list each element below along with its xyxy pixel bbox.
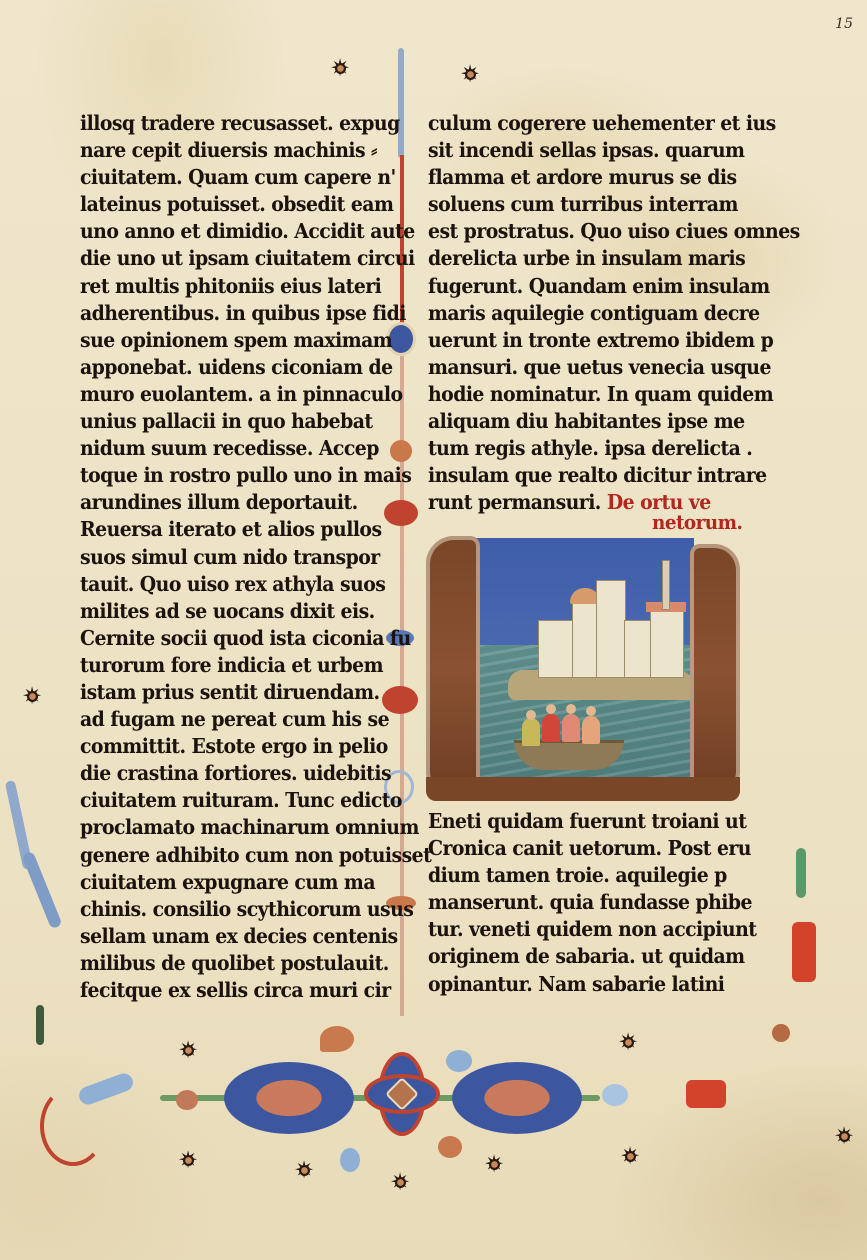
text-line: insulam que realto dicitur intrare — [428, 462, 722, 489]
text-line: proclamato machinarum omnium — [80, 814, 356, 841]
star-ornament-icon — [458, 62, 482, 86]
text-line: manserunt. quia fundasse phibe — [428, 889, 722, 916]
castle — [538, 580, 688, 680]
text-line: chinis. consilio scythicorum usus — [80, 896, 356, 923]
star-ornament-icon — [176, 1148, 200, 1172]
text-line: sellam unam ex decies centenis — [80, 923, 356, 950]
text-line: Reuersa iterato et alios pullos — [80, 516, 356, 543]
figure-4 — [582, 716, 600, 744]
text-line: hodie nominatur. In quam quidem — [428, 381, 722, 408]
text-line: maris aquilegie contiguam decre — [428, 300, 722, 327]
text-line: tum regis athyle. ipsa derelicta . — [428, 435, 722, 462]
text-line: ret multis phitoniis eius lateri — [80, 273, 356, 300]
text-line: ciuitatem expugnare cum ma — [80, 869, 356, 896]
flower-ornament-icon — [792, 922, 816, 982]
blue-flower-ornament — [602, 1084, 628, 1106]
text-line: tur. veneti quidem non accipiunt — [428, 916, 722, 943]
left-text-column: illosq tradere recusasset. expug nare ce… — [80, 110, 380, 1004]
star-ornament-icon — [616, 1030, 640, 1054]
text-line: tauit. Quo uiso rex athyla suos — [80, 571, 356, 598]
text-line: Eneti quidam fuerunt troiani ut — [428, 808, 722, 835]
star-ornament-icon — [832, 1124, 856, 1148]
text-line: istam prius sentit diruendam. — [80, 679, 356, 706]
pendant-ornament — [340, 1148, 360, 1172]
head — [586, 706, 596, 716]
text-line: culum cogerere uehementer et ius — [428, 110, 722, 137]
text-line: originem de sabaria. ut quidam — [428, 943, 722, 970]
text-line: adherentibus. in quibus ipse fidi — [80, 300, 356, 327]
text-line: Cernite socii quod ista ciconia fu — [80, 625, 356, 652]
text-line: milites ad se uocans dixit eis. — [80, 598, 356, 625]
pendant-ornament — [320, 1026, 354, 1052]
star-ornament-icon — [292, 1158, 316, 1182]
text-line: soluens cum turribus interram — [428, 191, 722, 218]
text-line: sit incendi sellas ipsas. quarum — [428, 137, 722, 164]
text-line: nidum suum recedisse. Accep — [80, 435, 356, 462]
star-ornament-icon — [388, 1170, 412, 1194]
text-line: flamma et ardore murus se dis — [428, 164, 722, 191]
text-line: turorum fore indicia et urbem — [80, 652, 356, 679]
right-text-column-top: culum cogerere uehementer et ius sit inc… — [428, 110, 748, 516]
text-line: ad fugam ne pereat cum his se — [80, 706, 356, 733]
red-bud-ornament — [176, 1090, 198, 1110]
text-line: dium tamen troie. aquilegie p — [428, 862, 722, 889]
pendant-ornament — [438, 1136, 462, 1158]
star-ornament-icon — [20, 684, 44, 708]
foliate-knot-icon — [384, 500, 418, 526]
blue-leaf-ornament — [77, 1071, 136, 1107]
red-flower-ornament — [686, 1080, 726, 1108]
text-line: fugerunt. Quandam enim insulam — [428, 273, 722, 300]
initial-frame-left — [426, 536, 480, 801]
marginal-bar-blue — [398, 48, 404, 158]
manuscript-page: 15 illosq tradere recusasset. expug nare… — [0, 0, 867, 1260]
figure-1 — [522, 718, 540, 746]
illuminated-initial — [418, 520, 748, 805]
figure-3 — [562, 714, 580, 742]
feather-ornament-icon — [21, 851, 62, 930]
text-fragment: runt permansuri. — [428, 490, 601, 514]
star-ornament-icon — [176, 1038, 200, 1062]
star-ornament-icon — [482, 1152, 506, 1176]
text-line: committit. Estote ergo in pelio — [80, 733, 356, 760]
text-line: suos simul cum nido transpor — [80, 544, 356, 571]
initial-frame-bottom — [426, 777, 740, 801]
footer-left-lobe — [224, 1062, 354, 1134]
text-line: lateinus potuisset. obsedit eam — [80, 191, 356, 218]
initial-frame-right — [690, 544, 740, 801]
leaf-ornament-icon — [36, 1005, 44, 1045]
text-line: genere adhibito cum non potuisset — [80, 842, 356, 869]
text-line: ciuitatem ruituram. Tunc edicto — [80, 787, 356, 814]
text-line: toque in rostro pullo uno in mais — [80, 462, 356, 489]
text-line: ciuitatem. Quam cum capere n' — [80, 164, 356, 191]
text-line: fecitque ex sellis circa muri cir — [80, 977, 356, 1004]
head — [526, 710, 536, 720]
pendant-ornament — [446, 1050, 472, 1072]
text-line: muro euolantem. a in pinnaculo — [80, 381, 356, 408]
text-line: uno anno et dimidio. Accidit aute — [80, 218, 356, 245]
text-line: derelicta urbe in insulam maris — [428, 245, 722, 272]
text-line: die uno ut ipsam ciuitatem circui — [80, 245, 356, 272]
text-line: unius pallacii in quo habebat — [80, 408, 356, 435]
text-line: arundines illum deportauit. — [80, 489, 356, 516]
bud-ornament-icon — [772, 1024, 790, 1042]
text-line: est prostratus. Quo uiso ciues omnes — [428, 218, 722, 245]
head — [546, 704, 556, 714]
footer-medallion — [364, 1042, 440, 1146]
text-line: aliquam diu habitantes ipse me — [428, 408, 722, 435]
right-text-column-bottom: Eneti quidam fuerunt troiani ut Cronica … — [428, 808, 748, 998]
text-line: milibus de quolibet postulauit. — [80, 950, 356, 977]
head — [566, 704, 576, 714]
text-line: die crastina fortiores. uidebitis — [80, 760, 356, 787]
text-line: apponebat. uidens ciconiam de — [80, 354, 356, 381]
text-line: opinantur. Nam sabarie latini — [428, 971, 722, 998]
text-line: sue opinionem spem maximam — [80, 327, 356, 354]
text-line: uerunt in tronte extremo ibidem p — [428, 327, 722, 354]
star-ornament-icon — [618, 1144, 642, 1168]
figure-2 — [542, 714, 560, 742]
text-line: nare cepit diuersis machinis ⸗ — [80, 137, 356, 164]
foliate-knot-icon — [390, 440, 412, 462]
text-line: Cronica canit uetorum. Post eru — [428, 835, 722, 862]
folio-mark: 15 — [835, 16, 853, 32]
text-line: illosq tradere recusasset. expug — [80, 110, 356, 137]
footer-right-lobe — [452, 1062, 582, 1134]
star-ornament-icon — [328, 56, 352, 80]
leaf-ornament-icon — [796, 848, 806, 898]
text-line: mansuri. que uetus venecia usque — [428, 354, 722, 381]
